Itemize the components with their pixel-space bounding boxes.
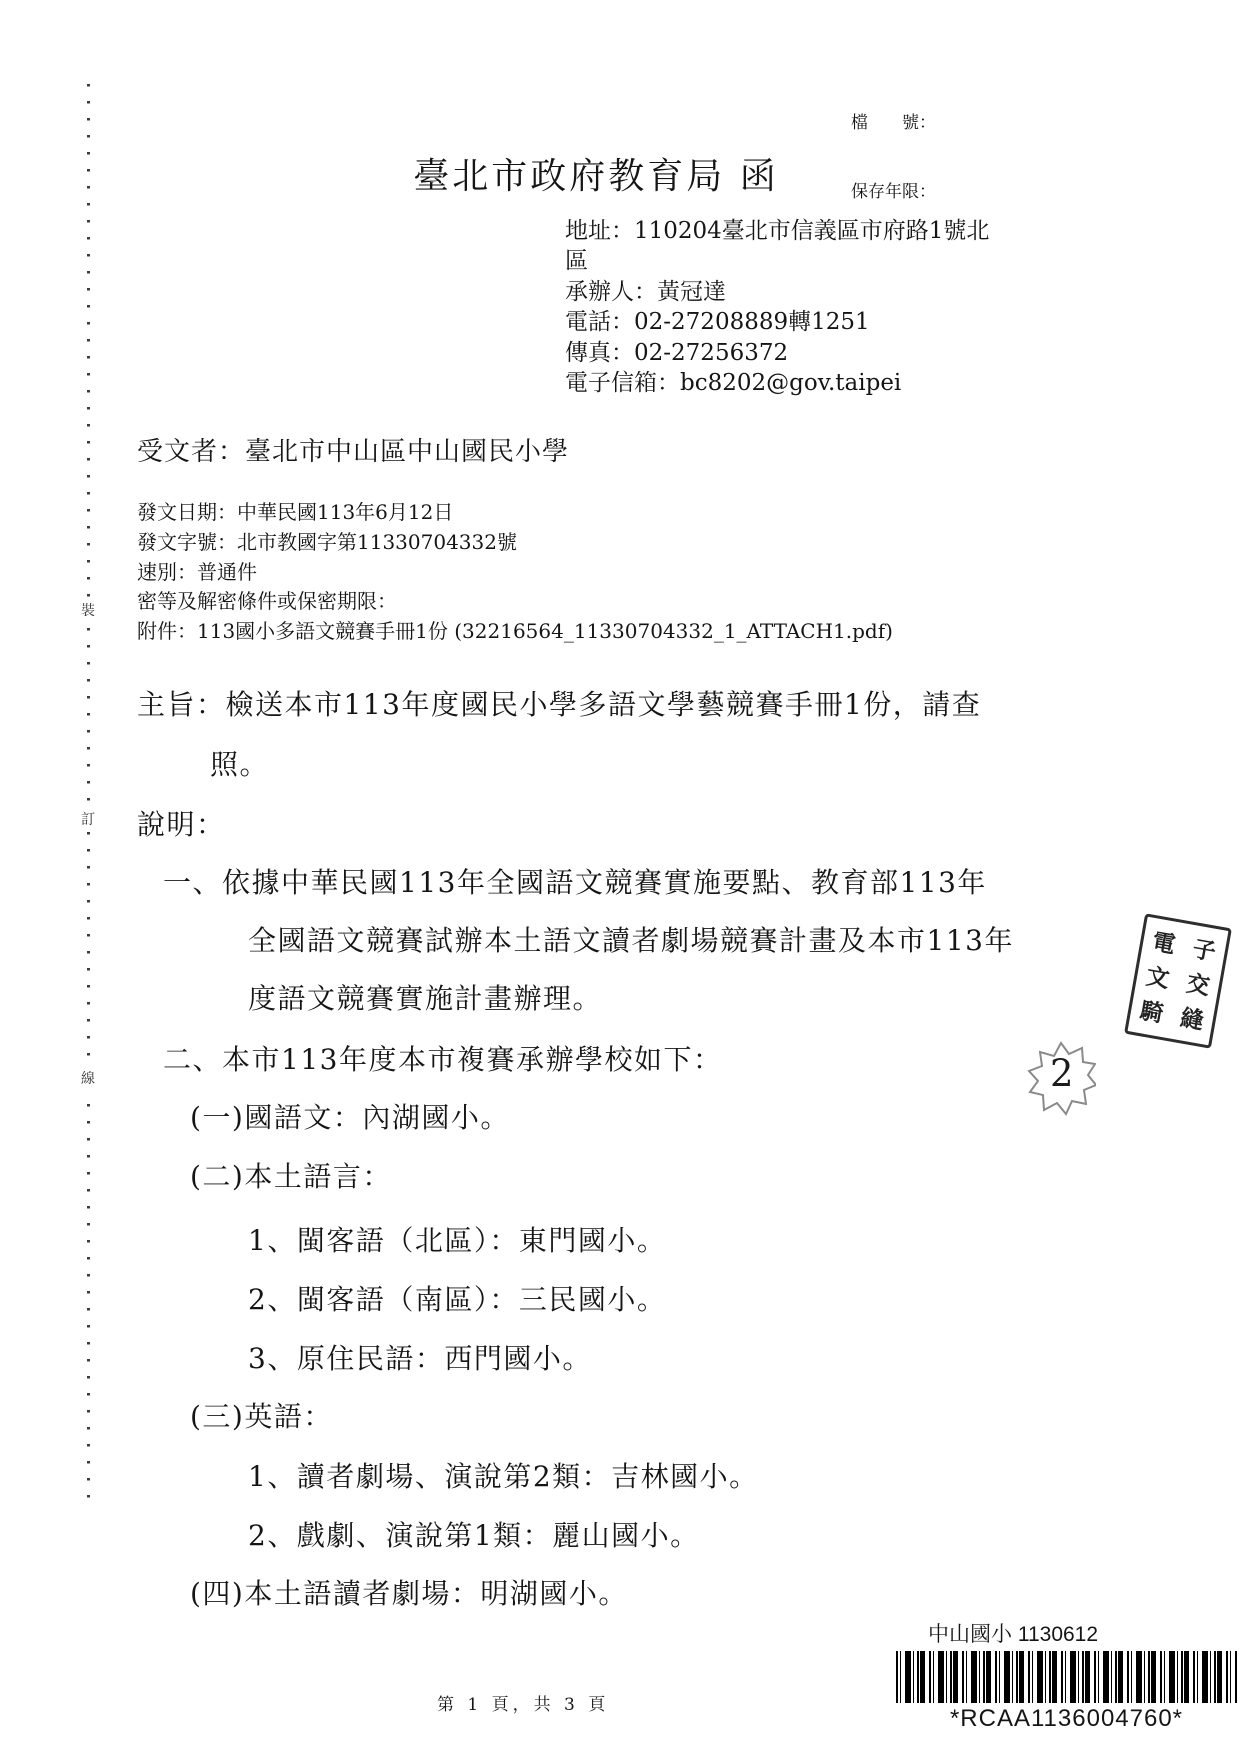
sub-item-mandarin: (一)國語文：內湖國小。	[190, 1096, 510, 1136]
document-page: 檔 號： 保存年限： 臺北市政府教育局 函 地址：110204臺北市信義區市府路…	[0, 0, 1241, 1754]
sender-contact-person: 承辦人：黃冠達	[565, 277, 989, 307]
sub-item-readers-theater: (四)本土語讀者劇場：明湖國小。	[190, 1572, 628, 1612]
sender-email: 電子信箱：bc8202@gov.taipei	[565, 368, 989, 398]
sender-address-line1: 地址：110204臺北市信義區市府路1號北	[565, 216, 989, 246]
file-number-label: 檔 號：	[851, 112, 936, 135]
dispatch-attachment: 附件：113國小多語文競賽手冊1份 (32216564_11330704332_…	[137, 617, 893, 647]
explanation-heading: 說明：	[137, 803, 226, 843]
dispatch-date: 發文日期：中華民國113年6月12日	[137, 498, 893, 528]
subject-line-1: 主旨：檢送本市113年度國民小學多語文學藝競賽手冊1份，請查	[137, 683, 981, 723]
dispatch-security: 密等及解密條件或保密期限：	[137, 587, 893, 617]
english-item-1: 1、讀者劇場、演說第2類：吉林國小。	[248, 1455, 759, 1495]
explanation-item-1-line-1: 一、依據中華民國113年全國語文競賽實施要點、教育部113年	[163, 861, 987, 901]
electronic-exchange-seal-stamp: 電文騎 子交縫	[1124, 913, 1232, 1048]
binding-dotted-rule	[87, 84, 90, 1508]
seal-column-left: 電文騎	[1137, 924, 1179, 1032]
sub-item-native-language: (二)本土語言：	[190, 1155, 392, 1195]
sender-contact-block: 地址：110204臺北市信義區市府路1號北 區 承辦人：黃冠達 電話：02-27…	[565, 216, 989, 398]
document-title: 臺北市政府教育局 函	[0, 148, 1192, 199]
subject-line-2: 照。	[210, 743, 269, 783]
page-info: 第 1 頁，共 3 頁	[437, 1690, 609, 1715]
explanation-item-2: 二、本市113年度本市複賽承辦學校如下：	[163, 1038, 722, 1078]
native-lang-item-3: 3、原住民語：西門國小。	[248, 1337, 592, 1377]
english-item-2: 2、戲劇、演說第1類：麗山國小。	[248, 1514, 700, 1554]
explanation-item-1-line-3: 度語文競賽實施計畫辦理。	[248, 977, 602, 1017]
dispatch-speed: 速別：普通件	[137, 558, 893, 588]
native-lang-item-1: 1、閩客語（北區）：東門國小。	[248, 1219, 666, 1259]
barcode	[896, 1651, 1237, 1703]
sub-item-english: (三)英語：	[190, 1395, 333, 1435]
native-lang-item-2: 2、閩客語（南區）：三民國小。	[248, 1278, 666, 1318]
seal-column-right: 子交縫	[1177, 931, 1219, 1039]
dispatch-meta-block: 發文日期：中華民國113年6月12日 發文字號：北市教國字第1133070433…	[137, 498, 893, 647]
explanation-item-1-line-2: 全國語文競賽試辦本土語文讀者劇場競賽計畫及本市113年	[248, 919, 1014, 959]
sender-address-line2: 區	[565, 246, 989, 276]
sender-phone: 電話：02-27208889轉1251	[565, 307, 989, 337]
binding-mark-xian: 線	[79, 1068, 97, 1090]
page-stamp-number: 2	[1050, 1052, 1074, 1095]
dispatch-number: 發文字號：北市教國字第11330704332號	[137, 528, 893, 558]
binding-mark-zhuang: 裝	[79, 600, 97, 622]
sender-fax: 傳真：02-27256372	[565, 338, 989, 368]
school-receipt-note: 中山國小 1130612	[928, 1618, 1098, 1648]
binding-mark-ding: 訂	[79, 809, 97, 831]
recipient-line: 受文者：臺北市中山區中山國民小學	[137, 431, 569, 468]
barcode-text: *RCAA1136004760*	[886, 1705, 1241, 1733]
